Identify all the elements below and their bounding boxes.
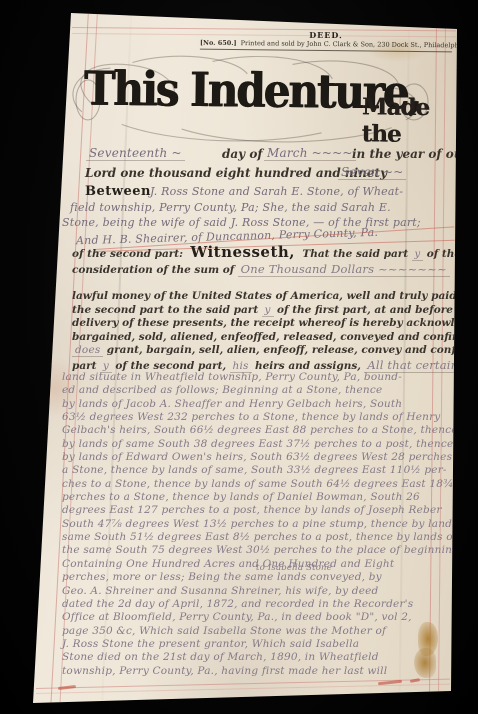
handwritten-sum: One Thousand Dollars ~~~~~~~	[238, 262, 450, 277]
handwritten-line: South 47⅞ degrees West 13½ perches to a …	[62, 518, 472, 531]
interlineation-note: to Isabella Stone	[256, 563, 332, 573]
handwritten-line: by lands of Edward Owen's heirs, South 6…	[62, 451, 472, 464]
handwritten-line: Stone died on the 21st day of March, 189…	[62, 651, 472, 664]
handwritten-month: March ~~~~	[264, 146, 356, 161]
witnesseth-post: of the first part, for and in	[427, 248, 478, 260]
covenant-text: bargained, sold, aliened, enfeoffed, rel…	[72, 331, 478, 343]
form-number: [No. 650.]	[200, 39, 237, 47]
handwritten-line: the same South 75 degrees West 30½ perch…	[62, 544, 472, 557]
handwritten-line: perches, more or less; Being the same la…	[62, 571, 472, 584]
photo-background: DEED. [No. 650.]Printed and sold by John…	[0, 0, 478, 714]
handwritten-line: township, Perry County, Pa., having firs…	[62, 665, 472, 678]
covenant-text: delivery of these presents, the receipt …	[72, 317, 478, 329]
covenant-line-1: lawful money of the United States of Ame…	[72, 290, 478, 304]
handwritten-line: dated the 2d day of April, 1872, and rec…	[62, 598, 472, 611]
handwritten-line: a Stone, thence by lands of same, South …	[62, 464, 472, 477]
printed-day-of: day of	[222, 147, 262, 161]
witnesseth-word: Witnesseth,	[186, 243, 299, 261]
handwritten-line: J. Ross Stone the present grantor, Which…	[62, 638, 472, 651]
handwritten-line: perches to a Stone, thence by lands of D…	[62, 491, 472, 504]
handwritten-day: Seventeenth ~	[86, 146, 185, 161]
between-line-1: J. Ross Stone and Sarah E. Stone, of Whe…	[150, 185, 403, 198]
covenant-text: of the first part, at and before the ens…	[277, 304, 478, 316]
consideration-label: consideration of the sum of	[72, 264, 234, 276]
covenant-line-6: part y of the second part, his heirs and…	[72, 358, 478, 372]
covenant-line-3: delivery of these presents, the receipt …	[72, 317, 478, 331]
covenant-text: grant, bargain, sell, alien, enfeoff, re…	[107, 344, 478, 356]
handwritten-fill-y: y	[262, 304, 274, 317]
covenant-text: lawful money of the United States of Ame…	[72, 290, 478, 302]
bottom-rule-2	[36, 684, 450, 694]
handwritten-line: Geo. A. Shreiner and Susanna Shreiner, h…	[62, 585, 472, 598]
red-mark	[58, 685, 76, 690]
covenant-line-2: the second part to the said part y of th…	[72, 304, 478, 318]
covenant-text: the second part to the said part	[72, 304, 258, 316]
handwritten-line: 63½ degrees West 232 perches to a Stone,…	[62, 411, 472, 424]
handwritten-line: ed and described as follows; Beginning a…	[62, 384, 472, 397]
handwritten-line: Office at Bloomfield, Perry County, Pa.,…	[62, 611, 472, 624]
deed-paper: DEED. [No. 650.]Printed and sold by John…	[0, 0, 478, 714]
title-made-text: Made the	[361, 93, 452, 148]
handwritten-line: land situate in Wheatfield township, Per…	[62, 371, 472, 384]
witnesseth-pre: of the second part:	[72, 248, 183, 260]
red-mark	[410, 678, 420, 683]
handwritten-line: page 350 &c, Which said Isabella Stone w…	[62, 625, 472, 638]
consideration-line: consideration of the sum of One Thousand…	[72, 262, 450, 276]
handwritten-year: Seven ~~	[338, 165, 406, 180]
between-line-2: field township, Perry County, Pa; She, t…	[70, 201, 391, 214]
handwritten-line: by lands of same South 38 degrees East 3…	[62, 438, 472, 451]
covenant-paragraph: lawful money of the United States of Ame…	[72, 290, 478, 372]
handwritten-line: degrees East 127 perches to a post, then…	[62, 504, 472, 517]
witnesseth-line: of the second part: Witnesseth, That the…	[72, 243, 478, 261]
handwritten-line: same South 51½ degrees East 8½ perches t…	[62, 531, 472, 544]
printer-credit: Printed and sold by John C. Clark & Son,…	[241, 39, 467, 49]
form-header: DEED. [No. 650.]Printed and sold by John…	[200, 29, 452, 53]
handwritten-line: by lands of Jacob A. Sheaffer and Henry …	[62, 398, 472, 411]
covenant-line-5: does grant, bargain, sell, alien, enfeof…	[72, 344, 478, 358]
handwritten-fill-does: does	[72, 344, 103, 357]
deed-body: land situate in Wheatfield township, Per…	[62, 371, 472, 678]
document-title: This Indenture, Made the	[61, 54, 452, 151]
handwritten-fill-y: y	[412, 249, 424, 261]
printed-year-intro: in the year of our	[352, 147, 469, 161]
witnesseth-mid: That the said part	[302, 248, 408, 260]
between-label: Between	[85, 184, 151, 199]
covenant-line-4: bargained, sold, aliened, enfeoffed, rel…	[72, 331, 478, 345]
handwritten-line: Gelbach's heirs, South 66½ degrees East …	[62, 424, 472, 437]
handwritten-line: ches to a Stone, thence by lands of same…	[62, 478, 472, 491]
